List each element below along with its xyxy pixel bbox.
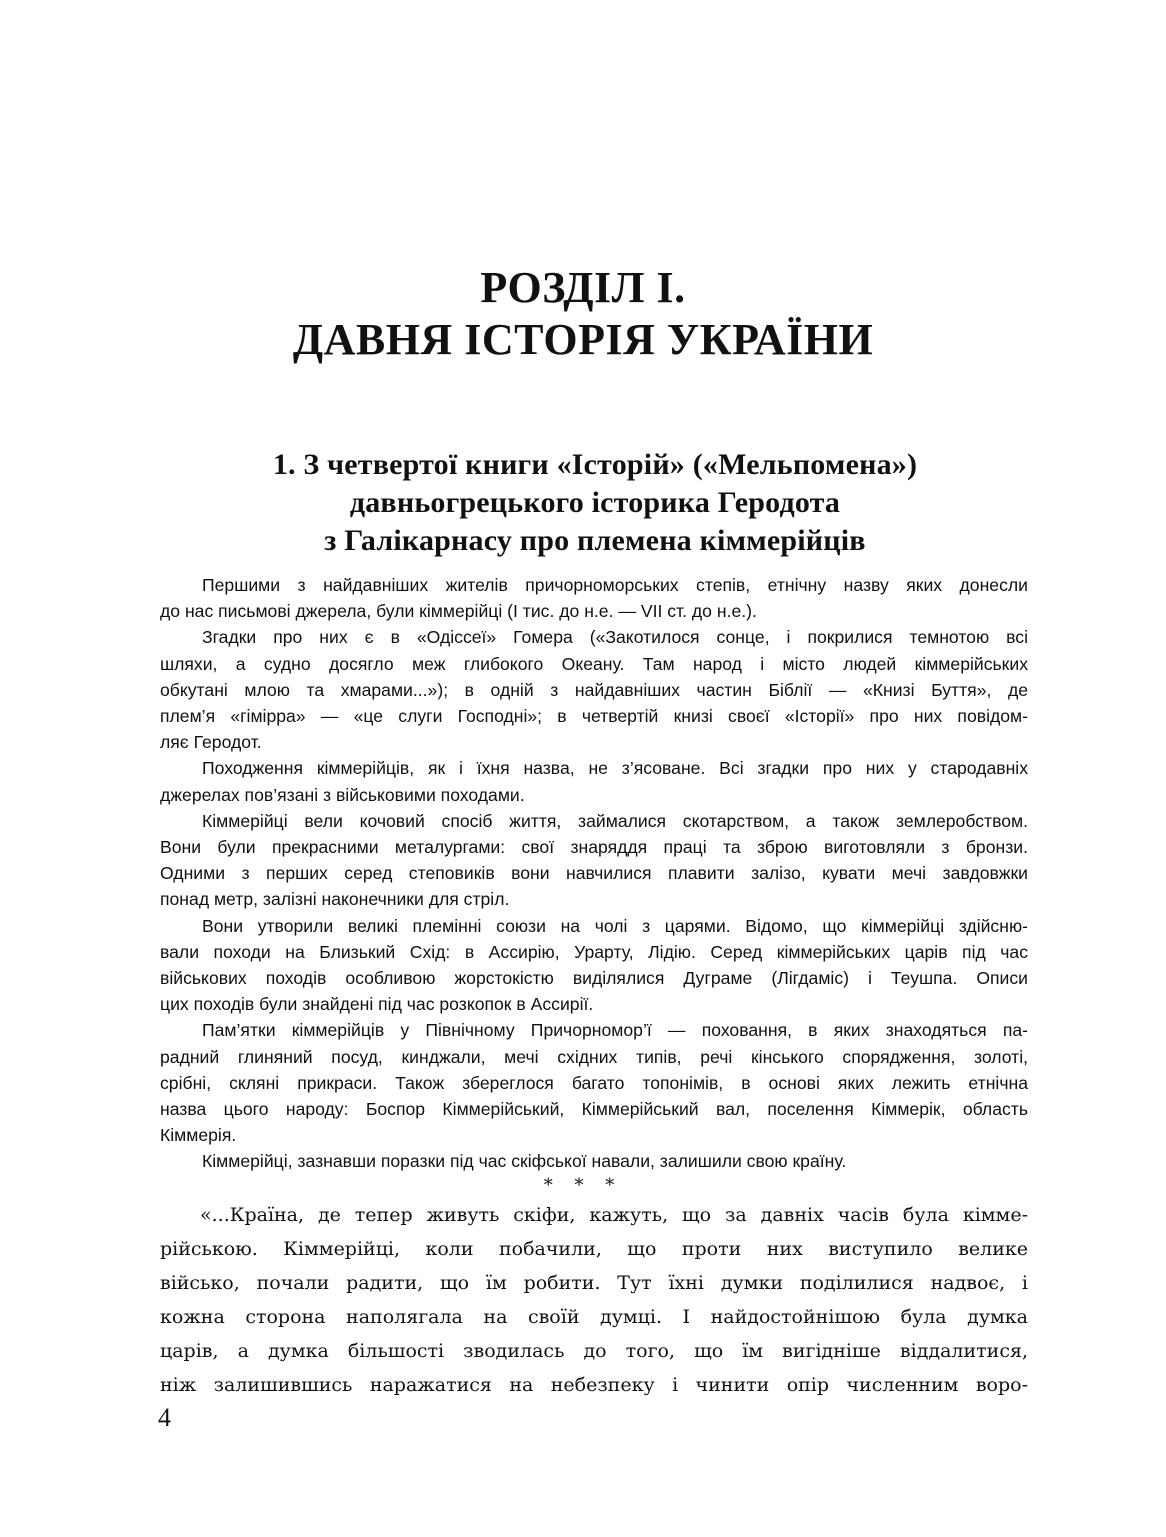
paragraph-2: Згадки про них є в «Одіссеї» Гомера («За… — [160, 624, 1028, 755]
chapter-title: РОЗДІЛ І. ДАВНЯ ІСТОРІЯ УКРАЇНИ — [0, 262, 1166, 366]
paragraph-6: Пам’ятки кіммерійців у Північному Причор… — [160, 1017, 1028, 1148]
text-line: Вони утворили великі племінні союзи на ч… — [160, 913, 1028, 939]
quote-line: ніж залишившись наражатися на небезпеку … — [160, 1368, 1028, 1402]
section-title: 1. З четвертої книги «Історій» («Мельпом… — [160, 446, 1030, 560]
intro-text: Першими з найдавніших жителів причорномо… — [160, 572, 1028, 1175]
quote-line: «...Країна, де тепер живуть скіфи, кажут… — [160, 1198, 1028, 1232]
text-line: Вони були прекрасними металургами: свої … — [160, 834, 1028, 860]
text-line: Одними з перших серед степовиків вони на… — [160, 860, 1028, 886]
text-line: радний глиняний посуд, кинджали, мечі сх… — [160, 1044, 1028, 1070]
section-title-line-3: з Галікарнасу про племена кіммерійців — [160, 522, 1030, 560]
book-page: РОЗДІЛ І. ДАВНЯ ІСТОРІЯ УКРАЇНИ 1. З чет… — [0, 0, 1166, 1537]
page-number: 4 — [158, 1403, 171, 1433]
text-line: Походження кіммерійців, як і їхня назва,… — [160, 755, 1028, 781]
text-line: Згадки про них є в «Одіссеї» Гомера («За… — [160, 624, 1028, 650]
text-line: військових походів особливою жорстокістю… — [160, 965, 1028, 991]
text-line: Кіммерія. — [160, 1122, 1028, 1148]
text-line: Пам’ятки кіммерійців у Північному Причор… — [160, 1017, 1028, 1043]
text-line: обкутані млою та хмарами...»); в одній з… — [160, 677, 1028, 703]
quote-line: царів, а думка більшості зводилась до то… — [160, 1334, 1028, 1368]
text-line: до нас письмові джерела, були кіммерійці… — [160, 598, 1028, 624]
quote-line: рійською. Кіммерійці, коли побачили, що … — [160, 1232, 1028, 1266]
text-line: срібні, скляні прикраси. Також збереглос… — [160, 1070, 1028, 1096]
text-line: шляхи, а судно досягло меж глибокого Оке… — [160, 651, 1028, 677]
text-line: вали походи на Близький Схід: в Ассирію,… — [160, 939, 1028, 965]
herodotus-quote: «...Країна, де тепер живуть скіфи, кажут… — [160, 1198, 1028, 1402]
text-line: понад метр, залізні наконечники для стрі… — [160, 886, 1028, 912]
chapter-title-line-2: ДАВНЯ ІСТОРІЯ УКРАЇНИ — [0, 314, 1166, 366]
text-line: Першими з найдавніших жителів причорномо… — [160, 572, 1028, 598]
paragraph-3: Походження кіммерійців, як і їхня назва,… — [160, 755, 1028, 807]
text-line: Кіммерійці вели кочовий спосіб життя, за… — [160, 808, 1028, 834]
paragraph-1: Першими з найдавніших жителів причорномо… — [160, 572, 1028, 624]
section-separator: * * * — [0, 1175, 1166, 1196]
text-line: плем’я «гімірра» — «це слуги Господні»; … — [160, 703, 1028, 729]
text-line: джерелах пов’язані з військовими походам… — [160, 782, 1028, 808]
text-line: назва цього народу: Боспор Кіммерійський… — [160, 1096, 1028, 1122]
quote-line: кожна сторона наполягала на своїй думці.… — [160, 1300, 1028, 1334]
paragraph-5: Вони утворили великі племінні союзи на ч… — [160, 913, 1028, 1018]
paragraph-7: Кіммерійці, зазнавши поразки під час скі… — [160, 1148, 1028, 1174]
text-line: Кіммерійці, зазнавши поразки під час скі… — [160, 1148, 1028, 1174]
text-line: цих походів були знайдені під час розкоп… — [160, 991, 1028, 1017]
section-title-line-2: давньогрецького історика Геродота — [160, 484, 1030, 522]
chapter-title-line-1: РОЗДІЛ І. — [0, 262, 1166, 314]
paragraph-4: Кіммерійці вели кочовий спосіб життя, за… — [160, 808, 1028, 913]
section-title-line-1: 1. З четвертої книги «Історій» («Мельпом… — [160, 446, 1030, 484]
text-line: ляє Геродот. — [160, 729, 1028, 755]
quote-line: військо, почали радити, що їм робити. Ту… — [160, 1266, 1028, 1300]
